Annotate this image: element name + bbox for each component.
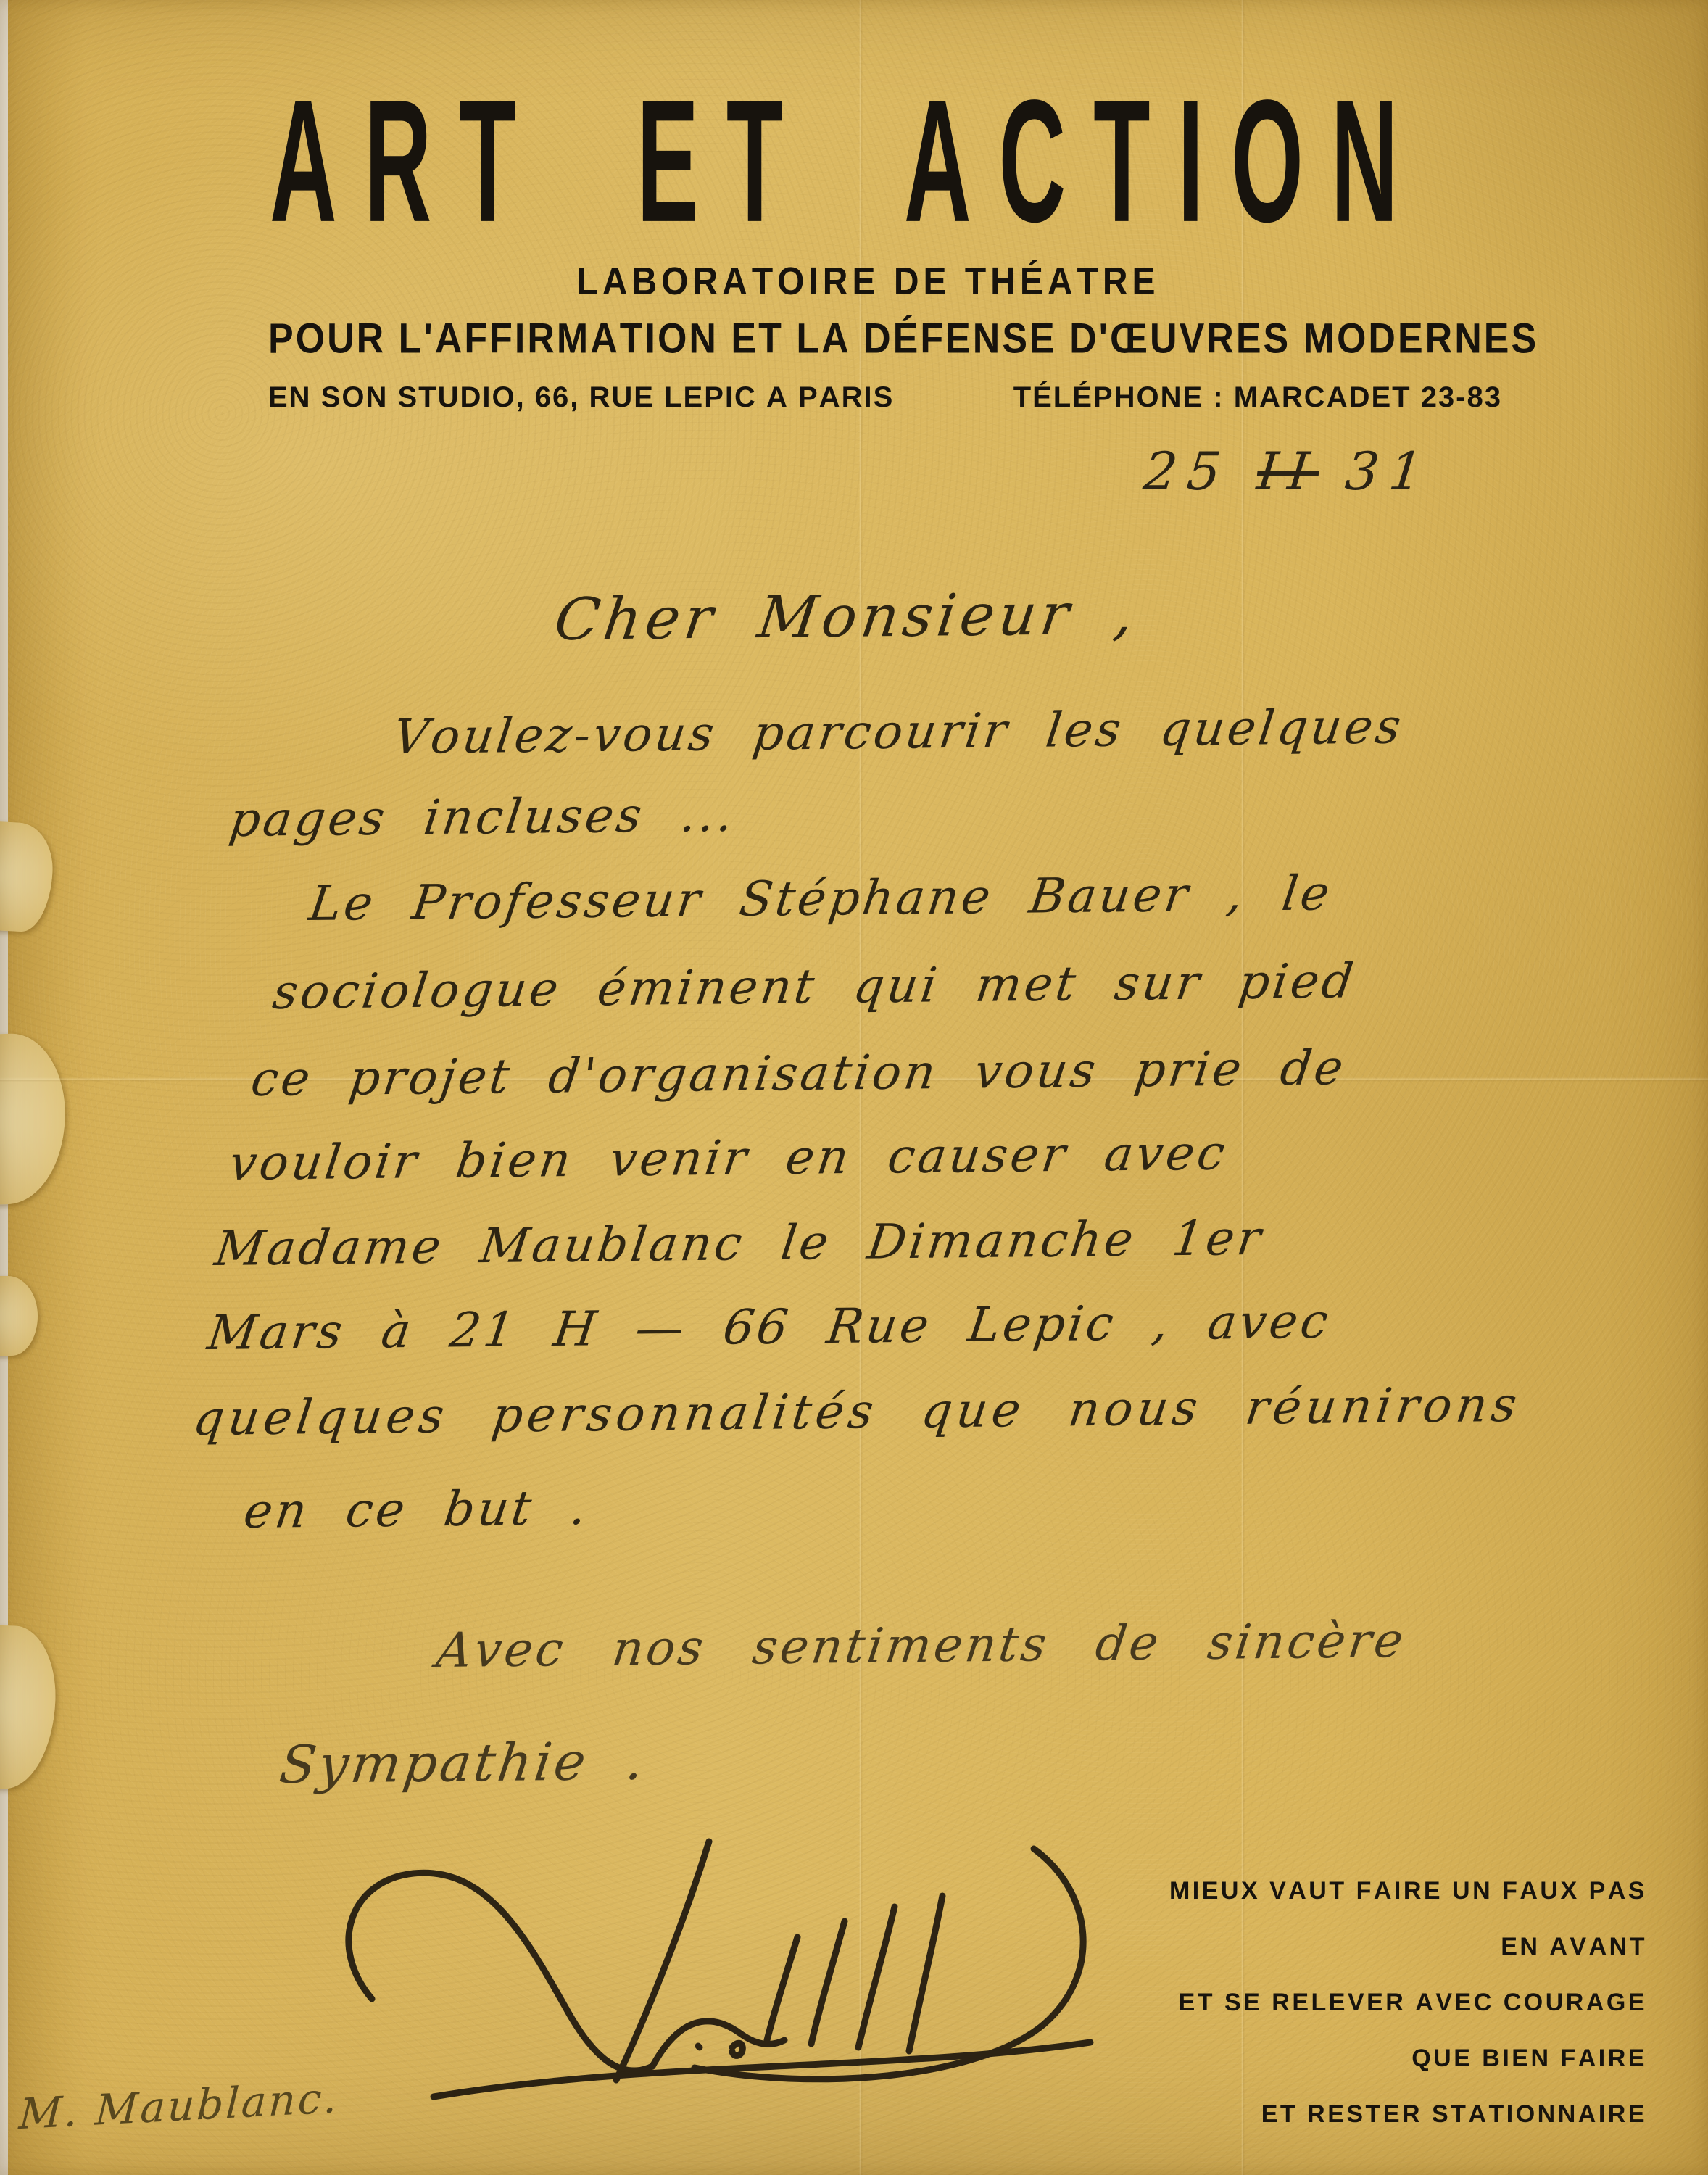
handwritten-line: Mars à 21 H — 66 Rue Lepic , avec — [204, 1293, 1334, 1361]
handwritten-line: Madame Maublanc le Dimanche 1er — [212, 1210, 1267, 1277]
motto-line: MIEUX VAUT FAIRE UN FAUX PAS — [1169, 1863, 1647, 1919]
torn-edge — [0, 1032, 68, 1204]
torn-edge — [0, 1276, 38, 1356]
handwritten-line: Voulez-vous parcourir les quelques — [390, 698, 1407, 765]
torn-edge — [0, 821, 55, 933]
handwritten-line: Sympathie . — [276, 1731, 650, 1795]
motto-line: QUE BIEN FAIRE — [1169, 2031, 1647, 2087]
date-day: 25 — [1141, 441, 1234, 502]
letterhead-contact-row: EN SON STUDIO, 66, RUE LEPIC A PARIS TÉL… — [268, 381, 1502, 414]
letterhead-address: EN SON STUDIO, 66, RUE LEPIC A PARIS — [268, 381, 894, 414]
torn-edge — [0, 1625, 58, 1791]
handwritten-line: Avec nos sentiments de sincère — [434, 1612, 1409, 1678]
letterhead-title: ART ET ACTION — [270, 74, 1426, 248]
pencil-annotation: M. Maublanc. — [17, 2073, 340, 2139]
motto-line: ET RESTER STATIONNAIRE — [1169, 2087, 1647, 2142]
motto-block: MIEUX VAUT FAIRE UN FAUX PAS EN AVANT ET… — [1169, 1863, 1647, 2142]
handwritten-line: pages incluses ... — [226, 787, 739, 848]
letterhead-tagline: POUR L'AFFIRMATION ET LA DÉFENSE D'ŒUVRE… — [268, 315, 1538, 363]
date-year: 31 — [1343, 441, 1435, 502]
handwritten-line: ce projet d'organisation vous prie de — [248, 1040, 1349, 1107]
letterhead-subtitle: LABORATOIRE DE THÉATRE — [272, 260, 1464, 304]
letter-scan: ART ET ACTION LABORATOIRE DE THÉATRE POU… — [0, 0, 1708, 2175]
motto-line: ET SE RELEVER AVEC COURAGE — [1169, 1975, 1647, 2031]
handwritten-line: Le Professeur Stéphane Bauer , le — [306, 865, 1335, 932]
handwritten-line: sociologue éminent qui met sur pied — [270, 953, 1359, 1020]
handwritten-line: en ce but . — [241, 1480, 592, 1539]
motto-line: EN AVANT — [1169, 1919, 1647, 1975]
date-month: II — [1254, 441, 1322, 502]
handwritten-line: vouloir bien venir en causer avec — [226, 1125, 1231, 1191]
handwritten-line: Cher Monsieur , — [551, 580, 1142, 653]
handwritten-line: quelques personnalités que nous réuniron… — [190, 1377, 1524, 1446]
letterhead-telephone: TÉLÉPHONE : MARCADET 23-83 — [1013, 381, 1502, 414]
signature — [303, 1828, 1129, 2118]
handwritten-date: 25 II 31 — [1141, 441, 1436, 502]
